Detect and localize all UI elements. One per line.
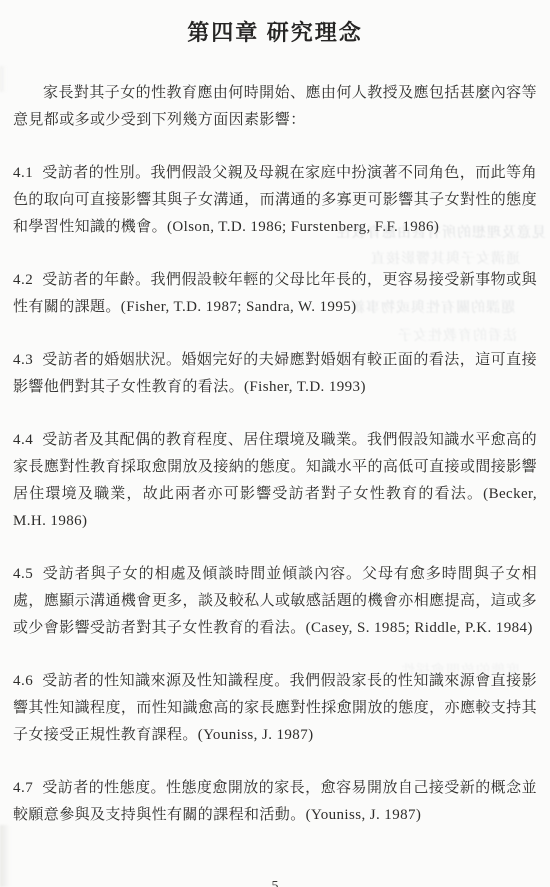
section-number: 4.6: [13, 673, 33, 689]
section-text: 受訪者的性別。我們假設父親及母親在家庭中扮演著不同角色，而此等角色的取向可直接影…: [13, 165, 537, 235]
bleed-through-artifact: 通溝女子與其響影接直: [330, 248, 520, 268]
section-number: 4.3: [13, 352, 33, 368]
section-number: 4.2: [13, 272, 33, 288]
section-4-3: 4.3受訪者的婚姻狀況。婚姻完好的夫婦應對婚姻有較正面的看法，這可直接影響他們對…: [13, 347, 537, 401]
section-number: 4.7: [13, 780, 33, 796]
section-4-5: 4.5受訪者與子女的相處及傾談時間並傾談內容。父母有愈多時間與子女相處，應顯示溝…: [13, 561, 537, 642]
section-number: 4.4: [13, 432, 33, 448]
section-4-7: 4.7受訪者的性態度。性態度愈開放的家長，愈容易開放自己接受新的概念並較願意參與…: [13, 775, 537, 829]
section-4-2: 4.2受訪者的年齡。我們假設較年輕的父母比年長的，更容易接受新事物或與性有關的課…: [13, 267, 537, 321]
section-text: 受訪者的年齡。我們假設較年輕的父母比年長的，更容易接受新事物或與性有關的課題。(…: [13, 272, 537, 315]
section-text: 受訪者的性知識來源及性知識程度。我們假設家長的性知識來源會直接影響其性知識程度，…: [13, 673, 537, 743]
section-4-1: 4.1受訪者的性別。我們假設父親及母親在家庭中扮演著不同角色，而此等角色的取向可…: [13, 160, 537, 241]
page-number: 5: [13, 879, 537, 887]
scan-edge-artifact: [0, 66, 6, 92]
section-text: 受訪者與子女的相處及傾談時間並傾談內容。父母有愈多時間與子女相處，應顯示溝通機會…: [13, 566, 537, 636]
section-text: 受訪者及其配偶的教育程度、居住環境及職業。我們假設知識水平愈高的家長應對性教育採…: [13, 432, 537, 529]
intro-paragraph: 家長對其子女的性教育應由何時開始、應由何人教授及應包括甚麼內容等意見都或多或少受…: [13, 80, 537, 134]
section-number: 4.5: [13, 566, 33, 582]
chapter-title: 第四章 研究理念: [13, 18, 537, 48]
document-page: 第四章 研究理念 家長對其子女的性教育應由何時開始、應由何人教授及應包括甚麼內容…: [0, 0, 550, 887]
bleed-through-artifact: 法看的育教性女子: [352, 325, 517, 345]
section-number: 4.1: [13, 165, 33, 181]
scan-edge-artifact: [0, 825, 10, 887]
section-text: 受訪者的性態度。性態度愈開放的家長，愈容易開放自己接受新的概念並較願意參與及支持…: [13, 780, 537, 823]
section-4-6: 4.6受訪者的性知識來源及性知識程度。我們假設家長的性知識來源會直接影響其性知識…: [13, 668, 537, 749]
section-text: 受訪者的婚姻狀況。婚姻完好的夫婦應對婚姻有較正面的看法，這可直接影響他們對其子女…: [13, 352, 537, 395]
section-4-4: 4.4受訪者及其配偶的教育程度、居住環境及職業。我們假設知識水平愈高的家長應對性…: [13, 427, 537, 535]
